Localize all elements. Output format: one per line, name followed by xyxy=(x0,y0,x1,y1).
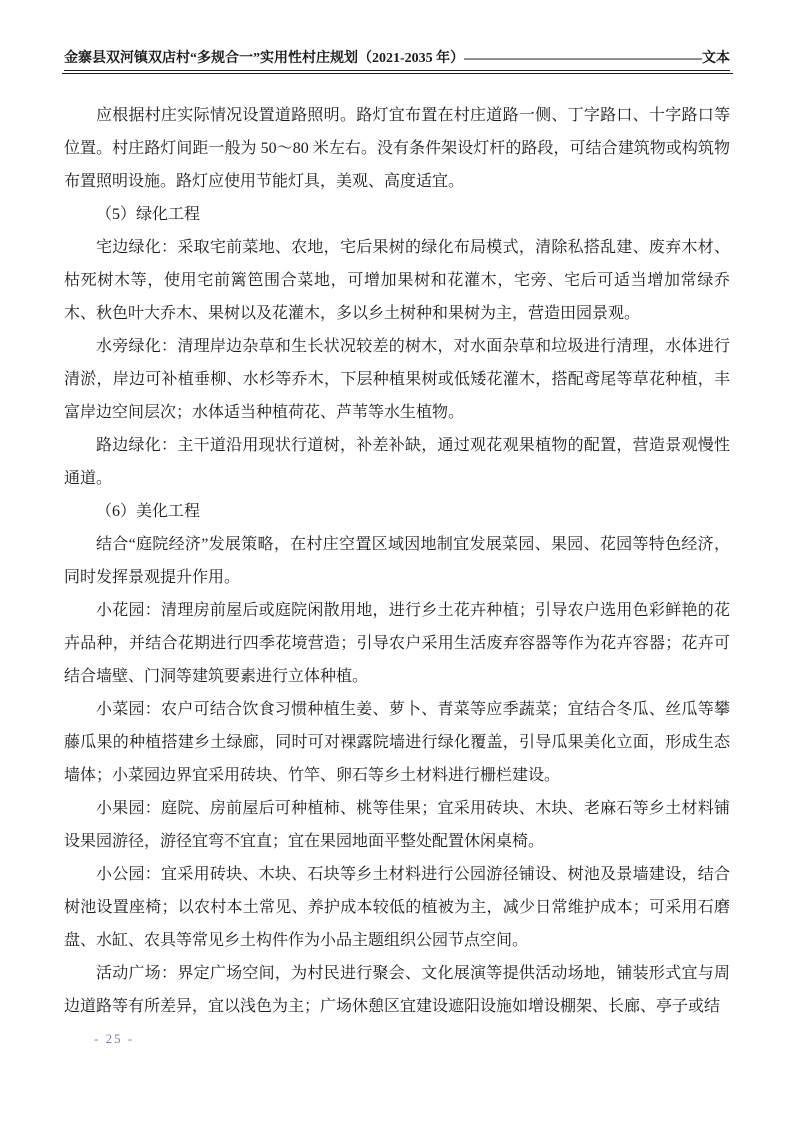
page-header: 金寨县双河镇双店村“多规合一”实用性村庄规划（2021-2035 年） ————… xyxy=(64,50,730,71)
heading-greening-project: （5）绿化工程 xyxy=(64,198,730,231)
header-rule xyxy=(62,73,733,74)
heading-beautification-project: （6）美化工程 xyxy=(64,495,730,528)
paragraph-small-park: 小公园：宜采用砖块、木块、石块等乡土材料进行公园游径铺设、树池及景墙建设，结合树… xyxy=(64,858,730,957)
document-body: 应根据村庄实际情况设置道路照明。路灯宜布置在村庄道路一侧、丁字路口、十字路口等位… xyxy=(64,99,730,1023)
document-page: 金寨县双河镇双店村“多规合一”实用性村庄规划（2021-2035 年） ————… xyxy=(0,0,794,1122)
paragraph-house-side-greening: 宅边绿化：采取宅前菜地、农地，宅后果树的绿化布局模式，清除私搭乱建、废弃木材、枯… xyxy=(64,231,730,330)
paragraph-small-vegetable-garden: 小菜园：农户可结合饮食习惯种植生姜、萝卜、青菜等应季蔬菜；宜结合冬瓜、丝瓜等攀藤… xyxy=(64,693,730,792)
page-footer: - 25 - xyxy=(94,1031,134,1047)
paragraph-waterside-greening: 水旁绿化：清理岸边杂草和生长状况较差的树木，对水面杂草和垃圾进行清理，水体进行清… xyxy=(64,330,730,429)
header-dashes: ——————————————————— xyxy=(464,50,702,68)
header-doc-type-label: 文本 xyxy=(702,50,730,68)
paragraph-small-orchard: 小果园：庭院、房前屋后可种植柿、桃等佳果；宜采用砖块、木块、老麻石等乡土材料铺设… xyxy=(64,792,730,858)
page-number: - 25 - xyxy=(94,1031,134,1046)
paragraph-roadside-greening: 路边绿化：主干道沿用现状行道树，补差补缺，通过观花观果植物的配置，营造景观慢性通… xyxy=(64,429,730,495)
paragraph-small-flower-garden: 小花园：清理房前屋后或庭院闲散用地，进行乡土花卉种植；引导农户选用色彩鲜艳的花卉… xyxy=(64,594,730,693)
paragraph-road-lighting: 应根据村庄实际情况设置道路照明。路灯宜布置在村庄道路一侧、丁字路口、十字路口等位… xyxy=(64,99,730,198)
paragraph-courtyard-economy: 结合“庭院经济”发展策略，在村庄空置区域因地制宜发展菜园、果园、花园等特色经济，… xyxy=(64,528,730,594)
header-title: 金寨县双河镇双店村“多规合一”实用性村庄规划（2021-2035 年） xyxy=(64,50,464,68)
paragraph-activity-square: 活动广场：界定广场空间，为村民进行聚会、文化展演等提供活动场地，铺装形式宜与周边… xyxy=(64,957,730,1023)
